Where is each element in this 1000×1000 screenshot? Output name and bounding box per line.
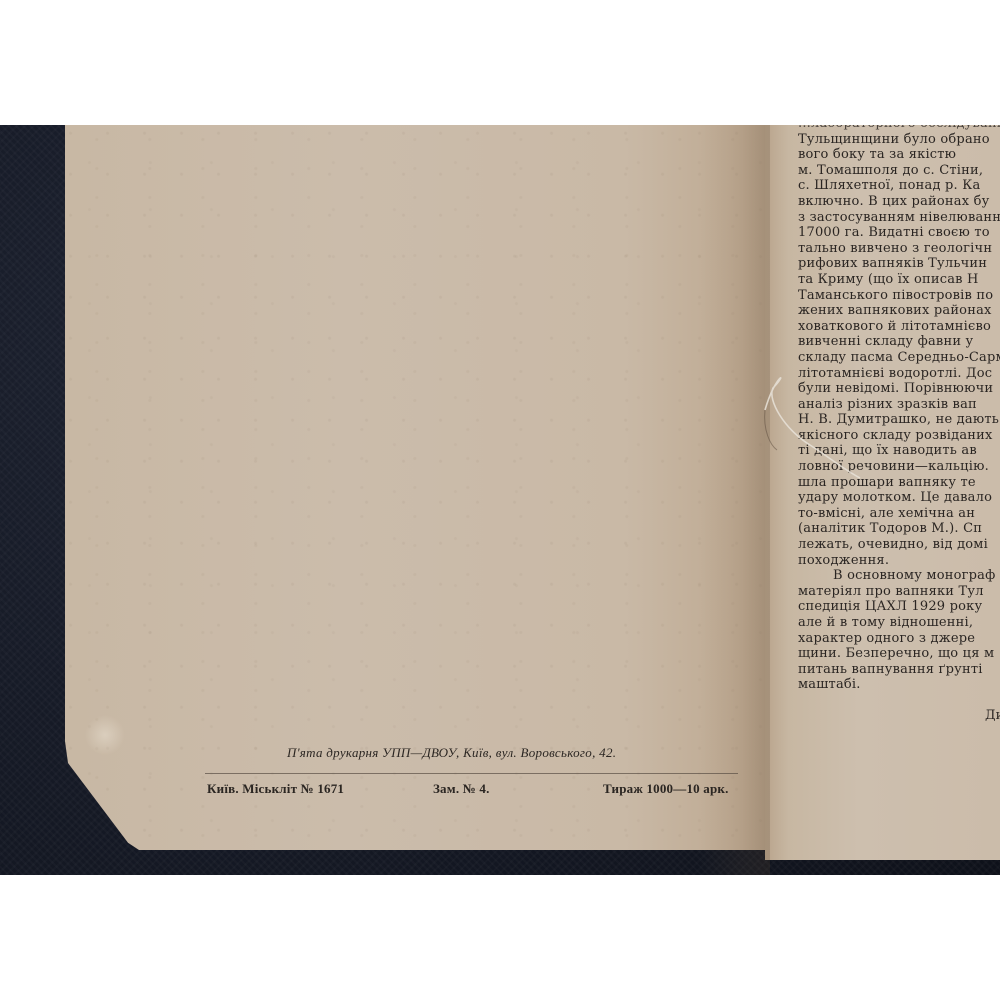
print-run: Тираж 1000—10 арк.: [603, 781, 729, 797]
colophon: П'ята друкарня УПП—ДВОУ, Київ, вул. Воро…: [65, 125, 765, 850]
text-line: вивченні складу фавни у: [798, 334, 1000, 350]
text-line: Н. В. Думитрашко, не дають: [798, 412, 1000, 428]
right-page-text: ...лабораторного обслідування Тульщинщин…: [798, 125, 1000, 693]
text-line: якісного складу розвіданих: [798, 428, 1000, 444]
text-line: але й в тому відношенні,: [798, 615, 1000, 631]
text-line: питань вапнування ґрунті: [798, 662, 1000, 678]
text-line: жених вапнякових районах: [798, 303, 1000, 319]
text-line: В основному монограф: [798, 568, 1000, 584]
text-line: щини. Безперечно, що ця м: [798, 646, 1000, 662]
text-line: та Криму (що їх описав Н: [798, 272, 1000, 288]
text-line: м. Томашполя до с. Стіни,: [798, 163, 1000, 179]
text-line: складу пасма Середньо-Сарм: [798, 350, 1000, 366]
text-line: Тульщинщини було обрано: [798, 132, 1000, 148]
text-line: рифових вапняків Тульчин: [798, 256, 1000, 272]
text-line: ті дані, що їх наводить ав: [798, 443, 1000, 459]
text-line: походження.: [798, 553, 1000, 569]
text-line: лежать, очевидно, від домі: [798, 537, 1000, 553]
author-signature: Ди: [985, 708, 1000, 723]
text-line: включно. В цих районах бу: [798, 194, 1000, 210]
text-line: с. Шляхетної, понад р. Ка: [798, 178, 1000, 194]
text-line: літотамнієві водоротлі. Дос: [798, 366, 1000, 382]
right-page: ...лабораторного обслідування Тульщинщин…: [765, 125, 1000, 860]
city-license: Київ. Міськліт № 1671: [207, 781, 344, 797]
order-number: Зам. № 4.: [433, 781, 490, 797]
text-line: аналіз різних зразків вап: [798, 397, 1000, 413]
text-line: були невідомі. Порівнюючи: [798, 381, 1000, 397]
text-line: удару молотком. Це давало: [798, 490, 1000, 506]
text-line: Таманського півостровів по: [798, 288, 1000, 304]
text-line: характер одного з джере: [798, 631, 1000, 647]
text-line: ловної речовини—кальцію.: [798, 459, 1000, 475]
text-line: (аналітик Тодоров М.). Сп: [798, 521, 1000, 537]
printer-line: П'ята друкарня УПП—ДВОУ, Київ, вул. Воро…: [287, 745, 616, 761]
text-line: то-вмісні, але хемічна ан: [798, 506, 1000, 522]
text-line: маштабі.: [798, 677, 1000, 693]
text-line: 17000 га. Видатні своєю то: [798, 225, 1000, 241]
text-line: матеріял про вапняки Тул: [798, 584, 1000, 600]
text-line: ховаткового й літотамнієво: [798, 319, 1000, 335]
text-line: з застосуванням нівелюванн: [798, 210, 1000, 226]
text-line: спедиція ЦАХЛ 1929 року: [798, 599, 1000, 615]
book-photo: ...лабораторного обслідування Тульщинщин…: [0, 0, 1000, 1000]
text-line: ...лабораторного обслідування: [798, 125, 1000, 132]
colophon-rule: [205, 773, 738, 774]
text-line: вого боку та за якістю: [798, 147, 1000, 163]
text-line: тально вивчено з геологічн: [798, 241, 1000, 257]
text-line: шла прошари вапняку те: [798, 475, 1000, 491]
